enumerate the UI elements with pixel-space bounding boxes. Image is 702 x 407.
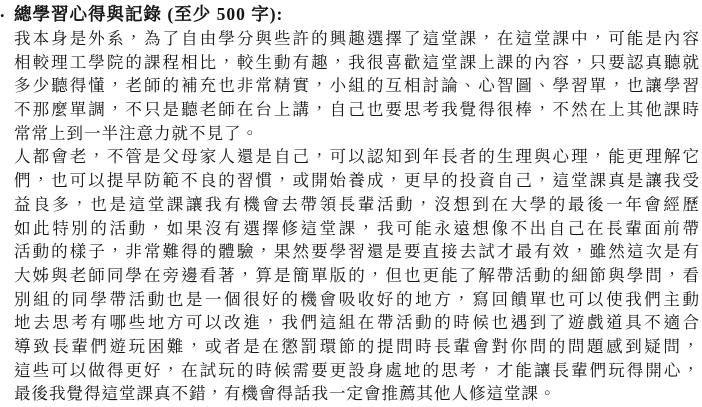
- list-number-fragment: .: [0, 1, 5, 22]
- essay-line: 大姊與老師同學在旁邊看著，算是簡單版的，但也更能了解帶活動的細節與學問，看: [14, 264, 699, 288]
- essay-line: 不那麼單調，不只是聽老師在台上講，自己也要思考我覺得很棒，不然在上其他課時: [14, 98, 699, 122]
- section-title: 總學習心得與記錄 (至少 500 字):: [14, 1, 700, 26]
- essay-line: 常常上到一半注意力就不見了。: [14, 122, 699, 146]
- essay-line: 益良多，也是這堂課讓我有機會去帶領長輩活動，沒想到在大學的最後一年會經歷: [14, 193, 699, 217]
- essay-line: 別組的同學帶活動也是一個很好的機會吸收好的地方，寫回饋單也可以使我們主動: [14, 288, 699, 312]
- essay-line: 如此特別的活動，如果沒有選擇修這堂課，我可能永遠想像不出自己在長輩面前帶: [14, 217, 699, 241]
- essay-document: . 總學習心得與記錄 (至少 500 字): 我本身是外系，為了自由學分與些許的…: [0, 0, 702, 407]
- essay-line: 們，也可以提早防範不良的習慣，或開始養成，更早的投資自己，這堂課真是讓我受: [14, 169, 699, 193]
- essay-body: 我本身是外系，為了自由學分與些許的興趣選擇了這堂課，在這堂課中，可能是內容相較理…: [14, 27, 699, 406]
- essay-line: 相較理工學院的課程相比，較生動有趣，我很喜歡這堂課上課的內容，只要認真聽就: [14, 51, 699, 75]
- essay-line: 最後我覺得這堂課真不錯，有機會得話我一定會推薦其他人修這堂課。: [14, 382, 699, 406]
- essay-line: 導致長輩們遊玩困難，或者是在懲罰環節的提問時長輩會對你問的問題感到疑問，: [14, 335, 699, 359]
- essay-line: 地去思考有哪些地方可以改進，我們這組在帶活動的時候也遇到了遊戲道具不適合: [14, 311, 699, 335]
- essay-line: 多少聽得懂，老師的補充也非常精實，小組的互相討論、心智圖、學習單，也讓學習: [14, 74, 699, 98]
- essay-line: 人都會老，不管是父母家人還是自己，可以認知到年長者的生理與心理，能更理解它: [14, 145, 699, 169]
- essay-line: 這些可以做得更好，在試玩的時候需要更設身處地的思考，才能讓長輩們玩得開心，: [14, 359, 699, 383]
- essay-line: 活動的樣子，非常難得的體驗，果然要學習還是要直接去試才最有效，雖然這次是有: [14, 240, 699, 264]
- essay-line: 我本身是外系，為了自由學分與些許的興趣選擇了這堂課，在這堂課中，可能是內容: [14, 27, 699, 51]
